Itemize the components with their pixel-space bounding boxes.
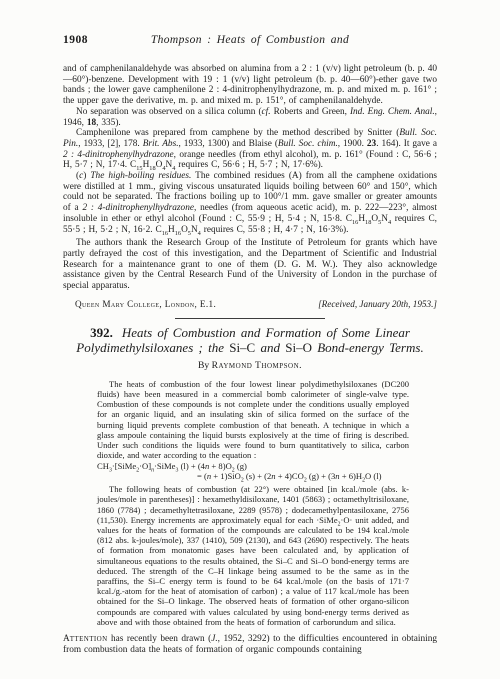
article-section: 392.Heats of Combustion and Formation of…: [63, 325, 437, 656]
journal-page: 1908 Thompson : Heats of Combustion and …: [0, 0, 500, 679]
article-abstract: The heats of combustion of the four lowe…: [97, 379, 409, 627]
byline-prefix: By: [198, 360, 212, 371]
page-number: 1908: [63, 34, 88, 47]
body-paragraph: Camphenilone was prepared from camphene …: [63, 128, 437, 171]
article-title-text: Heats of Combustion and Formation of Som…: [76, 325, 423, 356]
page-content: 1908 Thompson : Heats of Combustion and …: [63, 34, 437, 655]
front-matter-section: and of camphenilanaldehyde was absorbed …: [63, 64, 437, 309]
body-paragraph: (c) The high-boiling residues. The combi…: [63, 171, 437, 235]
acknowledgement-paragraph: The authors thank the Research Group of …: [63, 238, 437, 292]
author-name: Raymond Thompson.: [212, 360, 302, 371]
abstract-paragraph: The following heats of combustion (at 22…: [97, 484, 409, 627]
body-paragraph: and of camphenilanaldehyde was absorbed …: [63, 64, 437, 107]
article-title: 392.Heats of Combustion and Formation of…: [67, 325, 433, 356]
equation-block: CH3·[SiMe2·O]n·SiMe3 (l) + (4n + 8)O2 (g…: [97, 462, 437, 482]
affiliation: Queen Mary College, London, E.1.: [63, 299, 216, 309]
running-title: Thompson : Heats of Combustion and: [151, 34, 349, 46]
equation-line-2: = (n + 1)SiO2 (s) + (2n + 4)CO2 (g) + (3…: [97, 472, 437, 482]
page-header: 1908 Thompson : Heats of Combustion and: [63, 34, 437, 47]
affiliation-line: Queen Mary College, London, E.1. [Receiv…: [63, 299, 437, 309]
article-number: 392.: [90, 325, 113, 340]
article-byline: By Raymond Thompson.: [63, 360, 437, 371]
body-paragraph: Attention has recently been drawn (J., 1…: [63, 634, 437, 655]
body-paragraph: No separation was observed on a silica c…: [63, 107, 437, 128]
received-date: [Received, January 20th, 1953.]: [318, 299, 437, 309]
abstract-paragraph: The heats of combustion of the four lowe…: [97, 379, 409, 461]
section-divider: [175, 318, 325, 319]
